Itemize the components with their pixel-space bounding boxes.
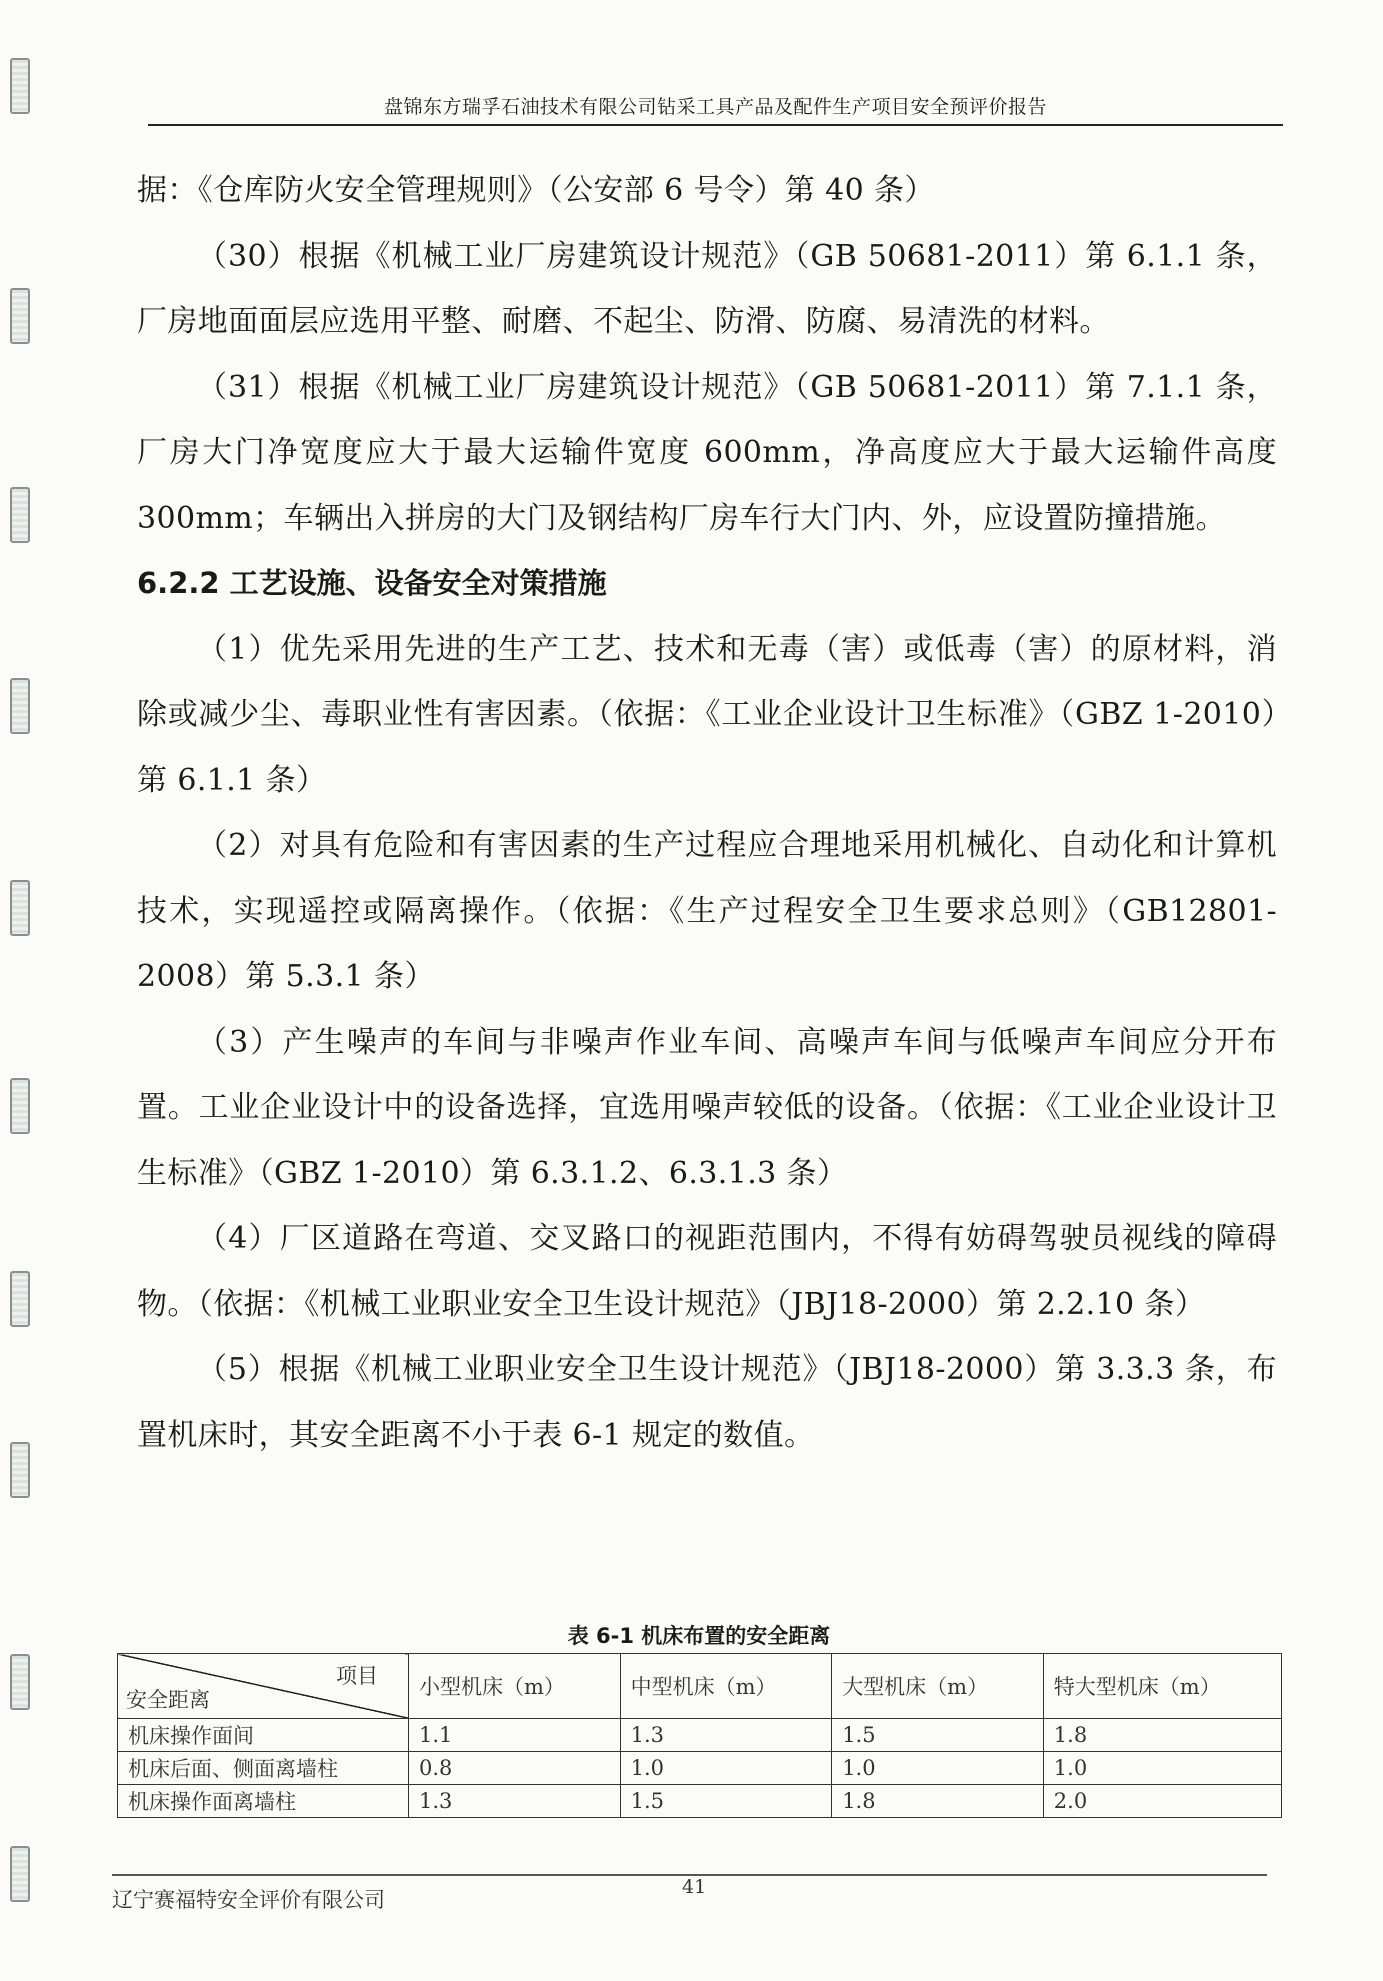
table-cell: 0.8: [409, 1752, 621, 1785]
row-axis-label: 安全距离: [126, 1684, 210, 1714]
binding-hole: [10, 1846, 30, 1902]
paragraph: （2）对具有危险和有害因素的生产过程应合理地采用机械化、自动化和计算机技术，实现…: [137, 813, 1277, 1010]
column-header: 中型机床（m）: [620, 1654, 832, 1719]
table-caption: 表 6-1 机床布置的安全距离: [114, 1620, 1284, 1650]
row-label: 机床后面、侧面离墙柱: [118, 1752, 409, 1785]
binding-hole: [10, 58, 30, 114]
diagonal-header-cell: 项目 安全距离: [118, 1654, 409, 1719]
page-number: 41: [682, 1876, 706, 1898]
header-divider: [148, 124, 1283, 126]
section-heading: 6.2.2 工艺设施、设备安全对策措施: [137, 551, 1277, 617]
table-cell: 1.0: [620, 1752, 832, 1785]
paragraph: （5）根据《机械工业职业安全卫生设计规范》（JBJ18-2000）第 3.3.3…: [137, 1337, 1277, 1468]
binding-hole: [10, 1271, 30, 1327]
binding-hole: [10, 880, 30, 936]
footer-company: 辽宁赛福特安全评价有限公司: [112, 1884, 385, 1914]
column-header: 大型机床（m）: [832, 1654, 1044, 1719]
binding-hole: [10, 678, 30, 734]
column-header: 特大型机床（m）: [1043, 1654, 1281, 1719]
row-label: 机床操作面间: [118, 1719, 409, 1752]
paragraph: （1）优先采用先进的生产工艺、技术和无毒（害）或低毒（害）的原材料，消除或减少尘…: [137, 617, 1277, 814]
table-header-row: 项目 安全距离 小型机床（m） 中型机床（m） 大型机床（m） 特大型机床（m）: [118, 1654, 1282, 1719]
paragraph: （31）根据《机械工业厂房建筑设计规范》（GB 50681-2011）第 7.1…: [137, 355, 1277, 552]
table-cell: 1.8: [832, 1785, 1044, 1818]
column-header: 小型机床（m）: [409, 1654, 621, 1719]
table-row: 机床操作面间 1.1 1.3 1.5 1.8: [118, 1719, 1282, 1752]
binding-hole: [10, 1442, 30, 1498]
table-cell: 1.5: [832, 1719, 1044, 1752]
binding-hole: [10, 1078, 30, 1134]
paragraph: （4）厂区道路在弯道、交叉路口的视距范围内，不得有妨碍驾驶员视线的障碍物。（依据…: [137, 1206, 1277, 1337]
paragraph: （30）根据《机械工业厂房建筑设计规范》（GB 50681-2011）第 6.1…: [137, 224, 1277, 355]
table-cell: 1.3: [409, 1785, 621, 1818]
paragraph: 据：《仓库防火安全管理规则》（公安部 6 号令）第 40 条）: [137, 158, 1277, 224]
body-text: 据：《仓库防火安全管理规则》（公安部 6 号令）第 40 条） （30）根据《机…: [137, 158, 1277, 1468]
table-cell: 1.1: [409, 1719, 621, 1752]
running-header: 盘锦东方瑞孚石油技术有限公司钻采工具产品及配件生产项目安全预评价报告: [148, 92, 1283, 119]
binding-hole: [10, 487, 30, 543]
table-cell: 1.0: [1043, 1752, 1281, 1785]
paragraph: （3）产生噪声的车间与非噪声作业车间、高噪声车间与低噪声车间应分开布置。工业企业…: [137, 1010, 1277, 1207]
table-cell: 1.8: [1043, 1719, 1281, 1752]
table-cell: 2.0: [1043, 1785, 1281, 1818]
table-row: 机床后面、侧面离墙柱 0.8 1.0 1.0 1.0: [118, 1752, 1282, 1785]
table-cell: 1.0: [832, 1752, 1044, 1785]
table-row: 机床操作面离墙柱 1.3 1.5 1.8 2.0: [118, 1785, 1282, 1818]
binding-hole: [10, 288, 30, 344]
row-label: 机床操作面离墙柱: [118, 1785, 409, 1818]
column-axis-label: 项目: [336, 1660, 378, 1690]
table-cell: 1.5: [620, 1785, 832, 1818]
binding-hole: [10, 1654, 30, 1710]
table-cell: 1.3: [620, 1719, 832, 1752]
safety-distance-table: 项目 安全距离 小型机床（m） 中型机床（m） 大型机床（m） 特大型机床（m）…: [117, 1653, 1282, 1818]
